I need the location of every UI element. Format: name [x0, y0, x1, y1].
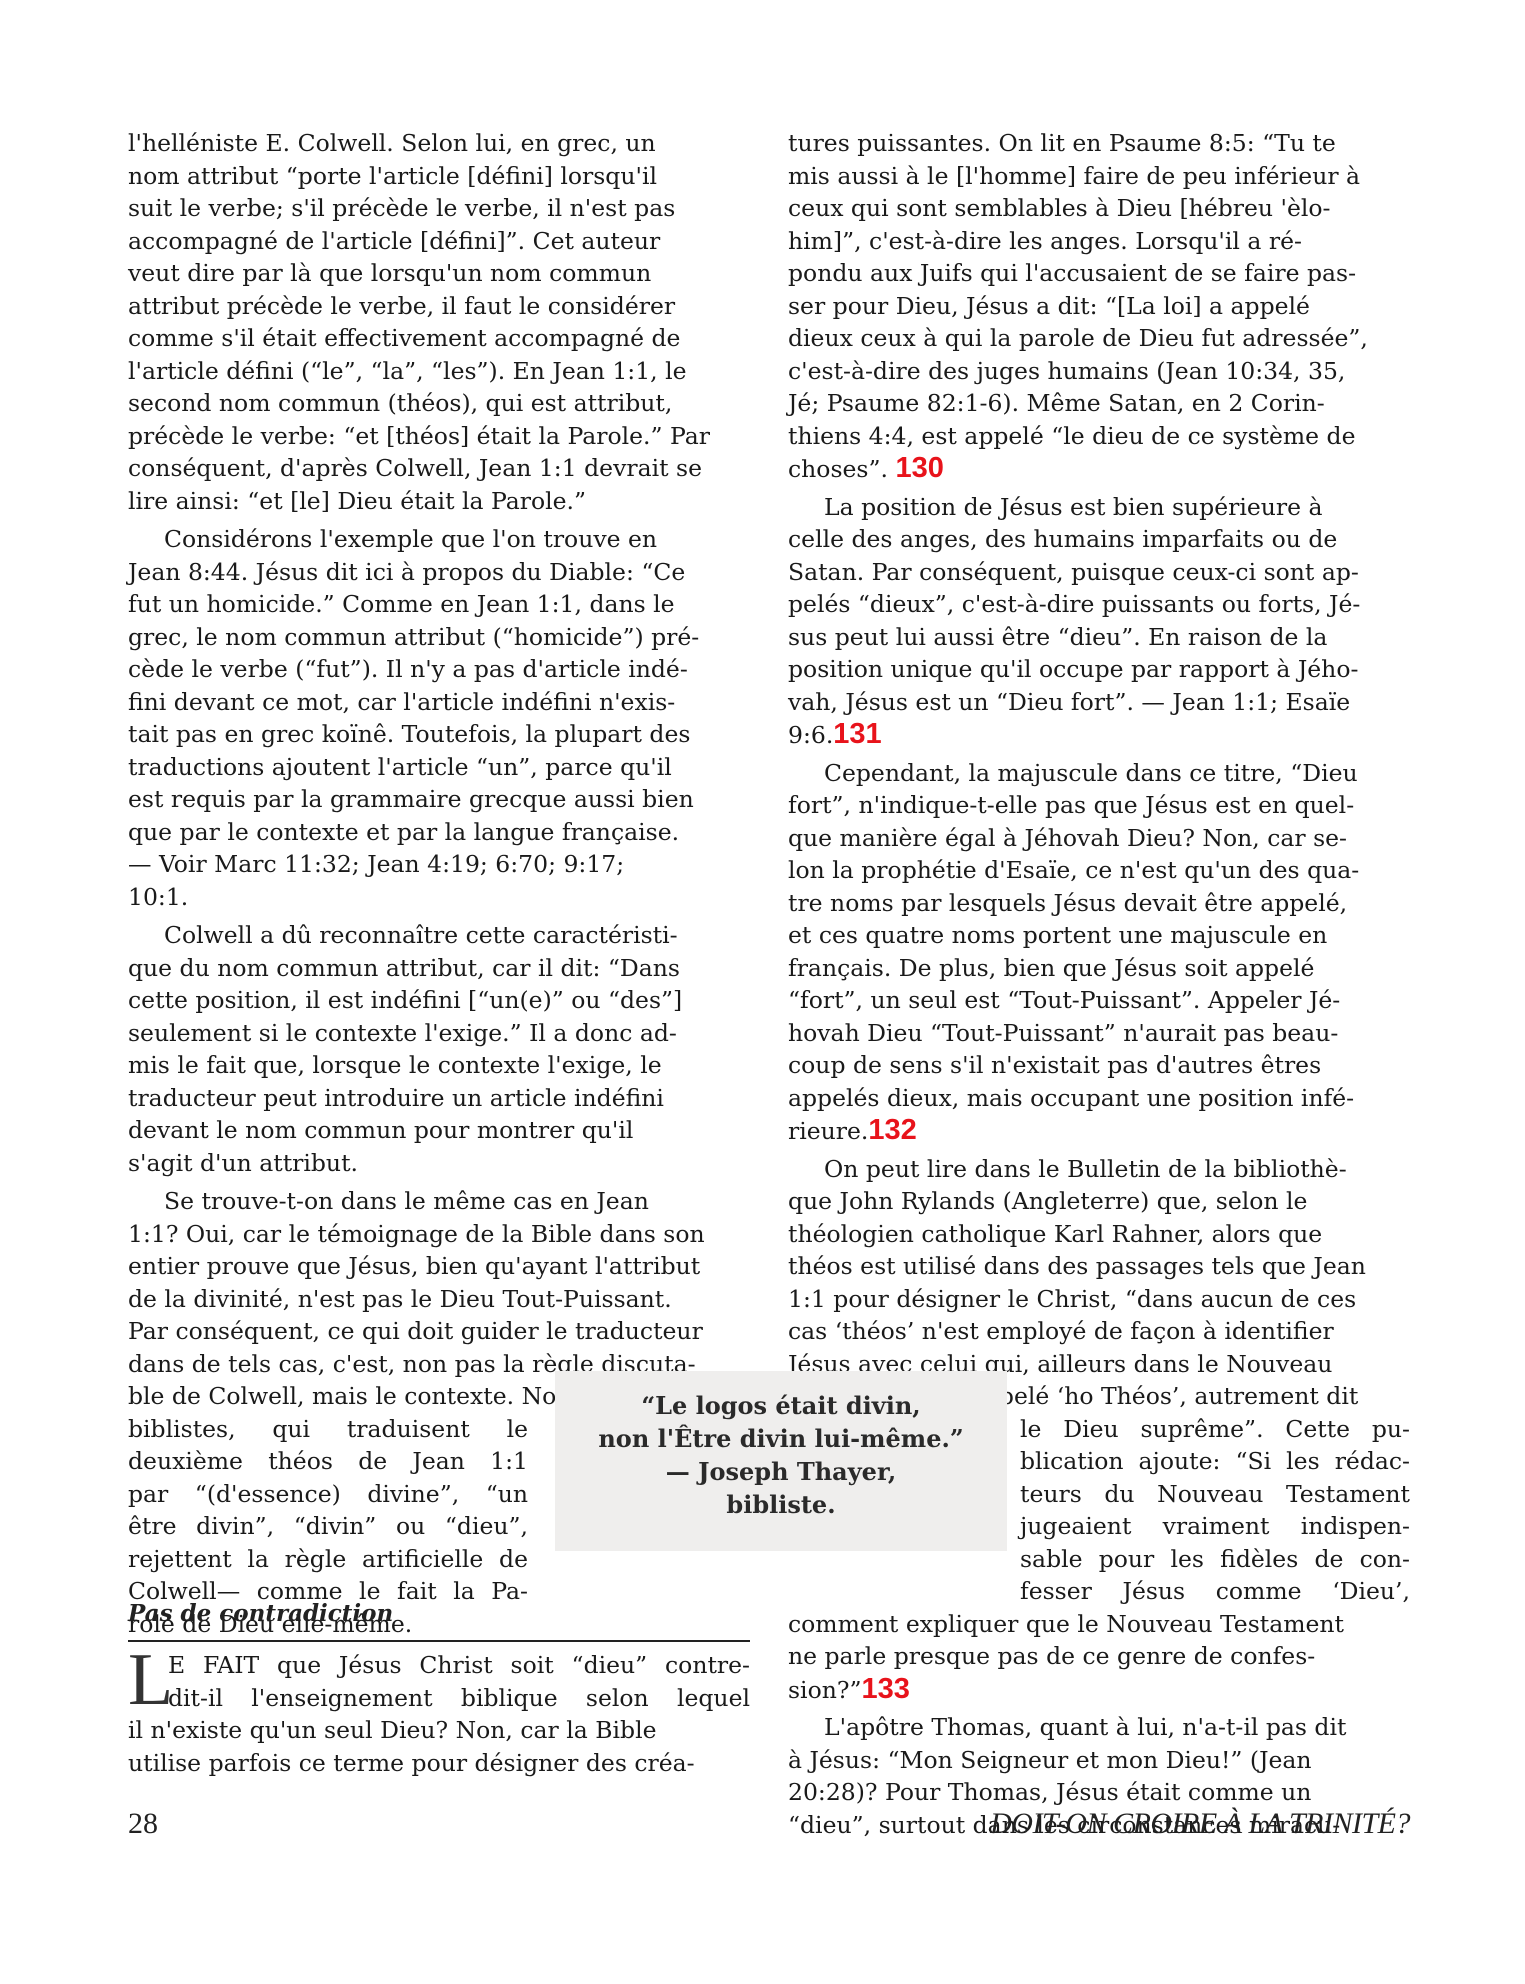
- text-line: devant le nom commun pour montrer qu'il: [128, 1115, 633, 1146]
- text-line: entier prouve que Jésus, bien qu'ayant l…: [128, 1251, 700, 1282]
- text-line: ne parle presque pas de ce genre de conf…: [788, 1641, 1315, 1672]
- text-line: suit le verbe; s'il précède le verbe, il…: [128, 193, 675, 224]
- heading-rule-divider: [128, 1640, 750, 1642]
- text-line: attribut précède le verbe, il faut le co…: [128, 291, 675, 322]
- text-line: fort”, n'indique-t-elle pas que Jésus es…: [788, 790, 1354, 821]
- text-line: conséquent, d'après Colwell, Jean 1:1 de…: [128, 453, 702, 484]
- text-line: teurs du Nouveau Testament: [1020, 1479, 1410, 1510]
- text-line: 1:1 pour désigner le Christ, “dans aucun…: [788, 1284, 1356, 1315]
- text-line: que manière égal à Jéhovah Dieu? Non, ca…: [788, 823, 1347, 854]
- text-line: comment expliquer que le Nouveau Testame…: [788, 1609, 1344, 1640]
- text-line: de la divinité, n'est pas le Dieu Tout-P…: [128, 1284, 672, 1315]
- text-line: que du nom commun attribut, car il dit: …: [128, 953, 680, 984]
- text-line: dieux ceux à qui la parole de Dieu fut a…: [788, 323, 1368, 354]
- text-line: veut dire par là que lorsqu'un nom commu…: [128, 258, 651, 289]
- text-line: second nom commun (théos), qui est attri…: [128, 388, 672, 419]
- text-line: que John Rylands (Angleterre) que, selon…: [788, 1186, 1307, 1217]
- text-line: sable pour les fidèles de con-: [1020, 1544, 1410, 1575]
- text-line: Jean 8:44. Jésus dit ici à propos du Dia…: [128, 557, 685, 588]
- quote-attribution-role: bibliste.: [555, 1488, 1007, 1521]
- text-fragment: sion?”: [788, 1676, 861, 1704]
- footnote-marker-130[interactable]: 130: [895, 452, 943, 484]
- text-line: Satan. Par conséquent, puisque ceux-ci s…: [788, 557, 1359, 588]
- text-line: sion?”133: [788, 1674, 910, 1705]
- text-line: “fort”, un seul est “Tout-Puissant”. App…: [788, 985, 1340, 1016]
- text-line: hovah Dieu “Tout-Puissant” n'aurait pas …: [788, 1018, 1338, 1049]
- quote-line: non l'Être divin lui-même.”: [555, 1422, 1007, 1455]
- text-line: cas ‘théos’ n'est employé de façon à ide…: [788, 1316, 1334, 1347]
- text-line: jugeaient vraiment indispen-: [1020, 1511, 1410, 1542]
- text-line: traducteur peut introduire un article in…: [128, 1083, 664, 1114]
- text-line: appelés dieux, mais occupant une positio…: [788, 1083, 1354, 1114]
- text-fragment: 9:6.: [788, 721, 833, 749]
- text-line: rieure.132: [788, 1115, 917, 1146]
- text-line: théologien catholique Karl Rahner, alors…: [788, 1219, 1322, 1250]
- text-line: seulement si le contexte l'exige.” Il a …: [128, 1018, 677, 1049]
- text-line: ceux qui sont semblables à Dieu [hébreu …: [788, 193, 1331, 224]
- text-line: précède le verbe: “et [théos] était la P…: [128, 421, 710, 452]
- text-line: il n'existe qu'un seul Dieu? Non, car la…: [128, 1715, 657, 1746]
- text-line: position unique qu'il occupe par rapport…: [788, 654, 1358, 685]
- text-line: traductions ajoutent l'article “un”, par…: [128, 752, 672, 783]
- text-line: fini devant ce mot, car l'article indéfi…: [128, 687, 675, 718]
- text-line: par “(d'essence) divine”, “un: [128, 1479, 528, 1510]
- text-line: him]”, c'est-à-dire les anges. Lorsqu'il…: [788, 226, 1302, 257]
- text-line: accompagné de l'article [défini]”. Cet a…: [128, 226, 660, 257]
- text-line: thiens 4:4, est appelé “le dieu de ce sy…: [788, 421, 1356, 452]
- text-line: biblistes, qui traduisent le: [128, 1414, 528, 1445]
- text-line: blication ajoute: “Si les rédac-: [1020, 1446, 1410, 1477]
- text-line: choses”. 130: [788, 453, 944, 484]
- text-line: E FAIT que Jésus Christ soit “dieu” cont…: [168, 1650, 750, 1681]
- text-line: 10:1.: [128, 882, 188, 913]
- footnote-marker-132[interactable]: 132: [868, 1114, 916, 1146]
- page-number: 28: [128, 1806, 158, 1842]
- text-line: mis aussi à le [l'homme] faire de peu in…: [788, 161, 1360, 192]
- text-line: être divin”, “divin” ou “dieu”,: [128, 1511, 528, 1542]
- text-line: pelés “dieux”, c'est-à-dire puissants ou…: [788, 589, 1360, 620]
- paragraph-start-line: Cependant, la majuscule dans ce titre, “…: [788, 758, 1358, 789]
- text-line: cède le verbe (“fut”). Il n'y a pas d'ar…: [128, 654, 688, 685]
- text-line: est requis par la grammaire grecque auss…: [128, 784, 694, 815]
- paragraph-start-line: La position de Jésus est bien supérieure…: [788, 492, 1323, 523]
- paragraph-start-line: On peut lire dans le Bulletin de la bibl…: [788, 1154, 1347, 1185]
- text-line: Jé; Psaume 82:1-6). Même Satan, en 2 Cor…: [788, 388, 1325, 419]
- text-line: tre noms par lesquels Jésus devait être …: [788, 888, 1347, 919]
- text-fragment: rieure.: [788, 1117, 868, 1145]
- text-line: tures puissantes. On lit en Psaume 8:5: …: [788, 128, 1336, 159]
- text-line: l'article défini (“le”, “la”, “les”). En…: [128, 356, 687, 387]
- text-line: sus peut lui aussi être “dieu”. En raiso…: [788, 622, 1327, 653]
- quote-line: “Le logos était divin,: [555, 1389, 1007, 1422]
- paragraph-start-line: Considérons l'exemple que l'on trouve en: [128, 524, 657, 555]
- text-fragment: choses”.: [788, 455, 888, 483]
- text-line: mis le fait que, lorsque le contexte l'e…: [128, 1050, 662, 1081]
- text-line: que par le contexte et par la langue fra…: [128, 817, 679, 848]
- paragraph-start-line: Colwell a dû reconnaître cette caractéri…: [128, 920, 678, 951]
- text-line: coup de sens s'il n'existait pas d'autre…: [788, 1050, 1321, 1081]
- text-line: lire ainsi: “et [le] Dieu était la Parol…: [128, 486, 586, 517]
- text-line: vah, Jésus est un “Dieu fort”. — Jean 1:…: [788, 687, 1350, 718]
- text-line: théos est utilisé dans des passages tels…: [788, 1251, 1366, 1282]
- text-line: dit-il l'enseignement biblique selon leq…: [168, 1683, 750, 1714]
- quote-attribution: — Joseph Thayer,: [555, 1455, 1007, 1488]
- pull-quote-text: “Le logos était divin, non l'Être divin …: [555, 1389, 1007, 1521]
- pull-quote-box: “Le logos était divin, non l'Être divin …: [555, 1371, 1007, 1551]
- text-line: nom attribut “porte l'article [défini] l…: [128, 161, 657, 192]
- text-line: fesser Jésus comme ‘Dieu’,: [1020, 1576, 1410, 1607]
- text-line: utilise parfois ce terme pour désigner d…: [128, 1748, 695, 1779]
- text-line: 1:1? Oui, car le témoignage de la Bible …: [128, 1219, 705, 1250]
- text-line: et ces quatre noms portent une majuscule…: [788, 920, 1327, 951]
- text-line: rejettent la règle artificielle de: [128, 1544, 528, 1575]
- text-line: pondu aux Juifs qui l'accusaient de se f…: [788, 258, 1356, 289]
- text-line: 20:28)? Pour Thomas, Jésus était comme u…: [788, 1777, 1311, 1808]
- book-page: l'helléniste E. Colwell. Selon lui, en g…: [0, 0, 1525, 1984]
- text-line: — Voir Marc 11:32; Jean 4:19; 6:70; 9:17…: [128, 849, 624, 880]
- text-line: lon la prophétie d'Esaïe, ce n'est qu'un…: [788, 855, 1359, 886]
- text-line: fut un homicide.” Comme en Jean 1:1, dan…: [128, 589, 675, 620]
- text-line: deuxième théos de Jean 1:1: [128, 1446, 528, 1477]
- text-line: 9:6.131: [788, 719, 882, 750]
- paragraph-start-line: L'apôtre Thomas, quant à lui, n'a-t-il p…: [788, 1712, 1346, 1743]
- text-line: c'est-à-dire des juges humains (Jean 10:…: [788, 356, 1345, 387]
- section-heading: Pas de contradiction: [128, 1596, 750, 1632]
- drop-cap: L: [128, 1648, 173, 1712]
- text-line: s'agit d'un attribut.: [128, 1148, 358, 1179]
- text-line: l'helléniste E. Colwell. Selon lui, en g…: [128, 128, 656, 159]
- text-line: ser pour Dieu, Jésus a dit: “[La loi] a …: [788, 291, 1310, 322]
- text-line: grec, le nom commun attribut (“homicide”…: [128, 622, 699, 653]
- text-line: français. De plus, bien que Jésus soit a…: [788, 953, 1314, 984]
- text-line: comme s'il était effectivement accompagn…: [128, 323, 680, 354]
- paragraph-start-line: Se trouve-t-on dans le même cas en Jean: [128, 1186, 649, 1217]
- text-line: cette position, il est indéfini [“un(e)”…: [128, 985, 682, 1016]
- footnote-marker-131[interactable]: 131: [833, 718, 881, 750]
- text-line: celle des anges, des humains imparfaits …: [788, 524, 1337, 555]
- footnote-marker-133[interactable]: 133: [861, 1673, 909, 1705]
- text-line: à Jésus: “Mon Seigneur et mon Dieu!” (Je…: [788, 1745, 1312, 1776]
- running-title: DOIT-ON CROIRE À LA TRINITÉ?: [990, 1806, 1410, 1842]
- text-line: le Dieu suprême”. Cette pu-: [1020, 1414, 1410, 1445]
- text-line: Par conséquent, ce qui doit guider le tr…: [128, 1316, 703, 1347]
- text-line: tait pas en grec koïnê. Toutefois, la pl…: [128, 719, 690, 750]
